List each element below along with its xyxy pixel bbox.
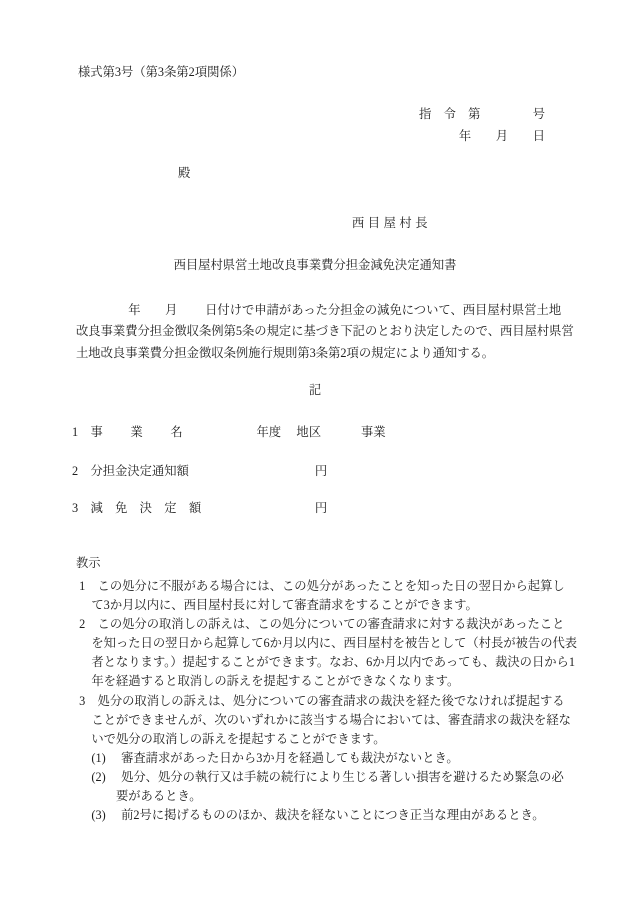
issuer-name: 西目屋村長 (352, 216, 431, 230)
instruction-line: (2) 処分、処分の執行又は手続の続行により生じる著しい損害を避けるため緊急の必 (76, 768, 577, 787)
date-line: 年 月 日 (419, 126, 545, 148)
body-paragraph-line: 年 月 日付けで申請があった分担金の減免について、西目屋村県営土地 (76, 300, 574, 321)
form-number-label: 様式第3号（第3条第2項関係） (78, 65, 244, 79)
record-heading: 記 (0, 383, 630, 397)
instruction-line: 者となります。）提起することができます。なお、6か月以内であっても、裁決の日から… (76, 653, 577, 672)
directive-number-line: 指 令 第 号 (419, 104, 545, 126)
directive-header: 指 令 第 号 年 月 日 (419, 104, 545, 147)
instruction-line: (3) 前2号に掲げるもののほか、裁決を経ないことにつき正当な理由があるとき。 (76, 806, 577, 825)
document-title: 西目屋村県営土地改良事業費分担金減免決定通知書 (0, 258, 630, 272)
instruction-line: 1 この処分に不服がある場合には、この処分があったことを知った日の翌日から起算し (76, 577, 577, 596)
item-reduction-decision-amount: 3 減 免 決 定 額 円 (72, 501, 327, 515)
instruction-line: 年を経過すると取消しの訴えを提起することができなくなります。 (76, 672, 577, 691)
instruction-heading: 教示 (76, 556, 101, 570)
instruction-line: いで処分の取消しの訴えを提起することができます。 (76, 730, 577, 749)
item-project-name: 1 事 業 名 年度 地区 事業 (72, 425, 386, 439)
instruction-line: て3か月以内に、西目屋村長に対して審査請求をすることができます。 (76, 596, 577, 615)
instruction-line: ことができませんが、次のいずれかに該当する場合においては、審査請求の裁決を経な (76, 711, 577, 730)
body-paragraph-line: 改良事業費分担金徴収条例第5条の規定に基づき下記のとおり決定したので、西目屋村県… (76, 321, 574, 342)
body-paragraph-line: 土地改良事業費分担金徴収条例施行規則第3条第2項の規定により通知する。 (76, 343, 574, 364)
instruction-line: 2 この処分の取消しの訴えは、この処分についての審査請求に対する裁決があったこと (76, 615, 577, 634)
instruction-line: (1) 審査請求があった日から3か月を経過しても裁決がないとき。 (76, 749, 577, 768)
instruction-line: 3 処分の取消しの訴えは、処分についての審査請求の裁決を経た後でなければ提起する (76, 692, 577, 711)
addressee-honorific: 殿 (178, 166, 190, 180)
instruction-line: を知った日の翌日から起算して6か月以内に、西目屋村を被告として（村長が被告の代表 (76, 634, 577, 653)
item-levy-decision-amount: 2 分担金決定通知額 円 (72, 464, 327, 478)
instruction-line: 要があるとき。 (76, 787, 577, 806)
instruction-list: 1 この処分に不服がある場合には、この処分があったことを知った日の翌日から起算し… (76, 577, 577, 825)
document-page: 様式第3号（第3条第2項関係） 指 令 第 号 年 月 日 殿 西目屋村長 西目… (0, 0, 630, 903)
body-paragraph: 年 月 日付けで申請があった分担金の減免について、西目屋村県営土地 改良事業費分… (76, 300, 574, 364)
